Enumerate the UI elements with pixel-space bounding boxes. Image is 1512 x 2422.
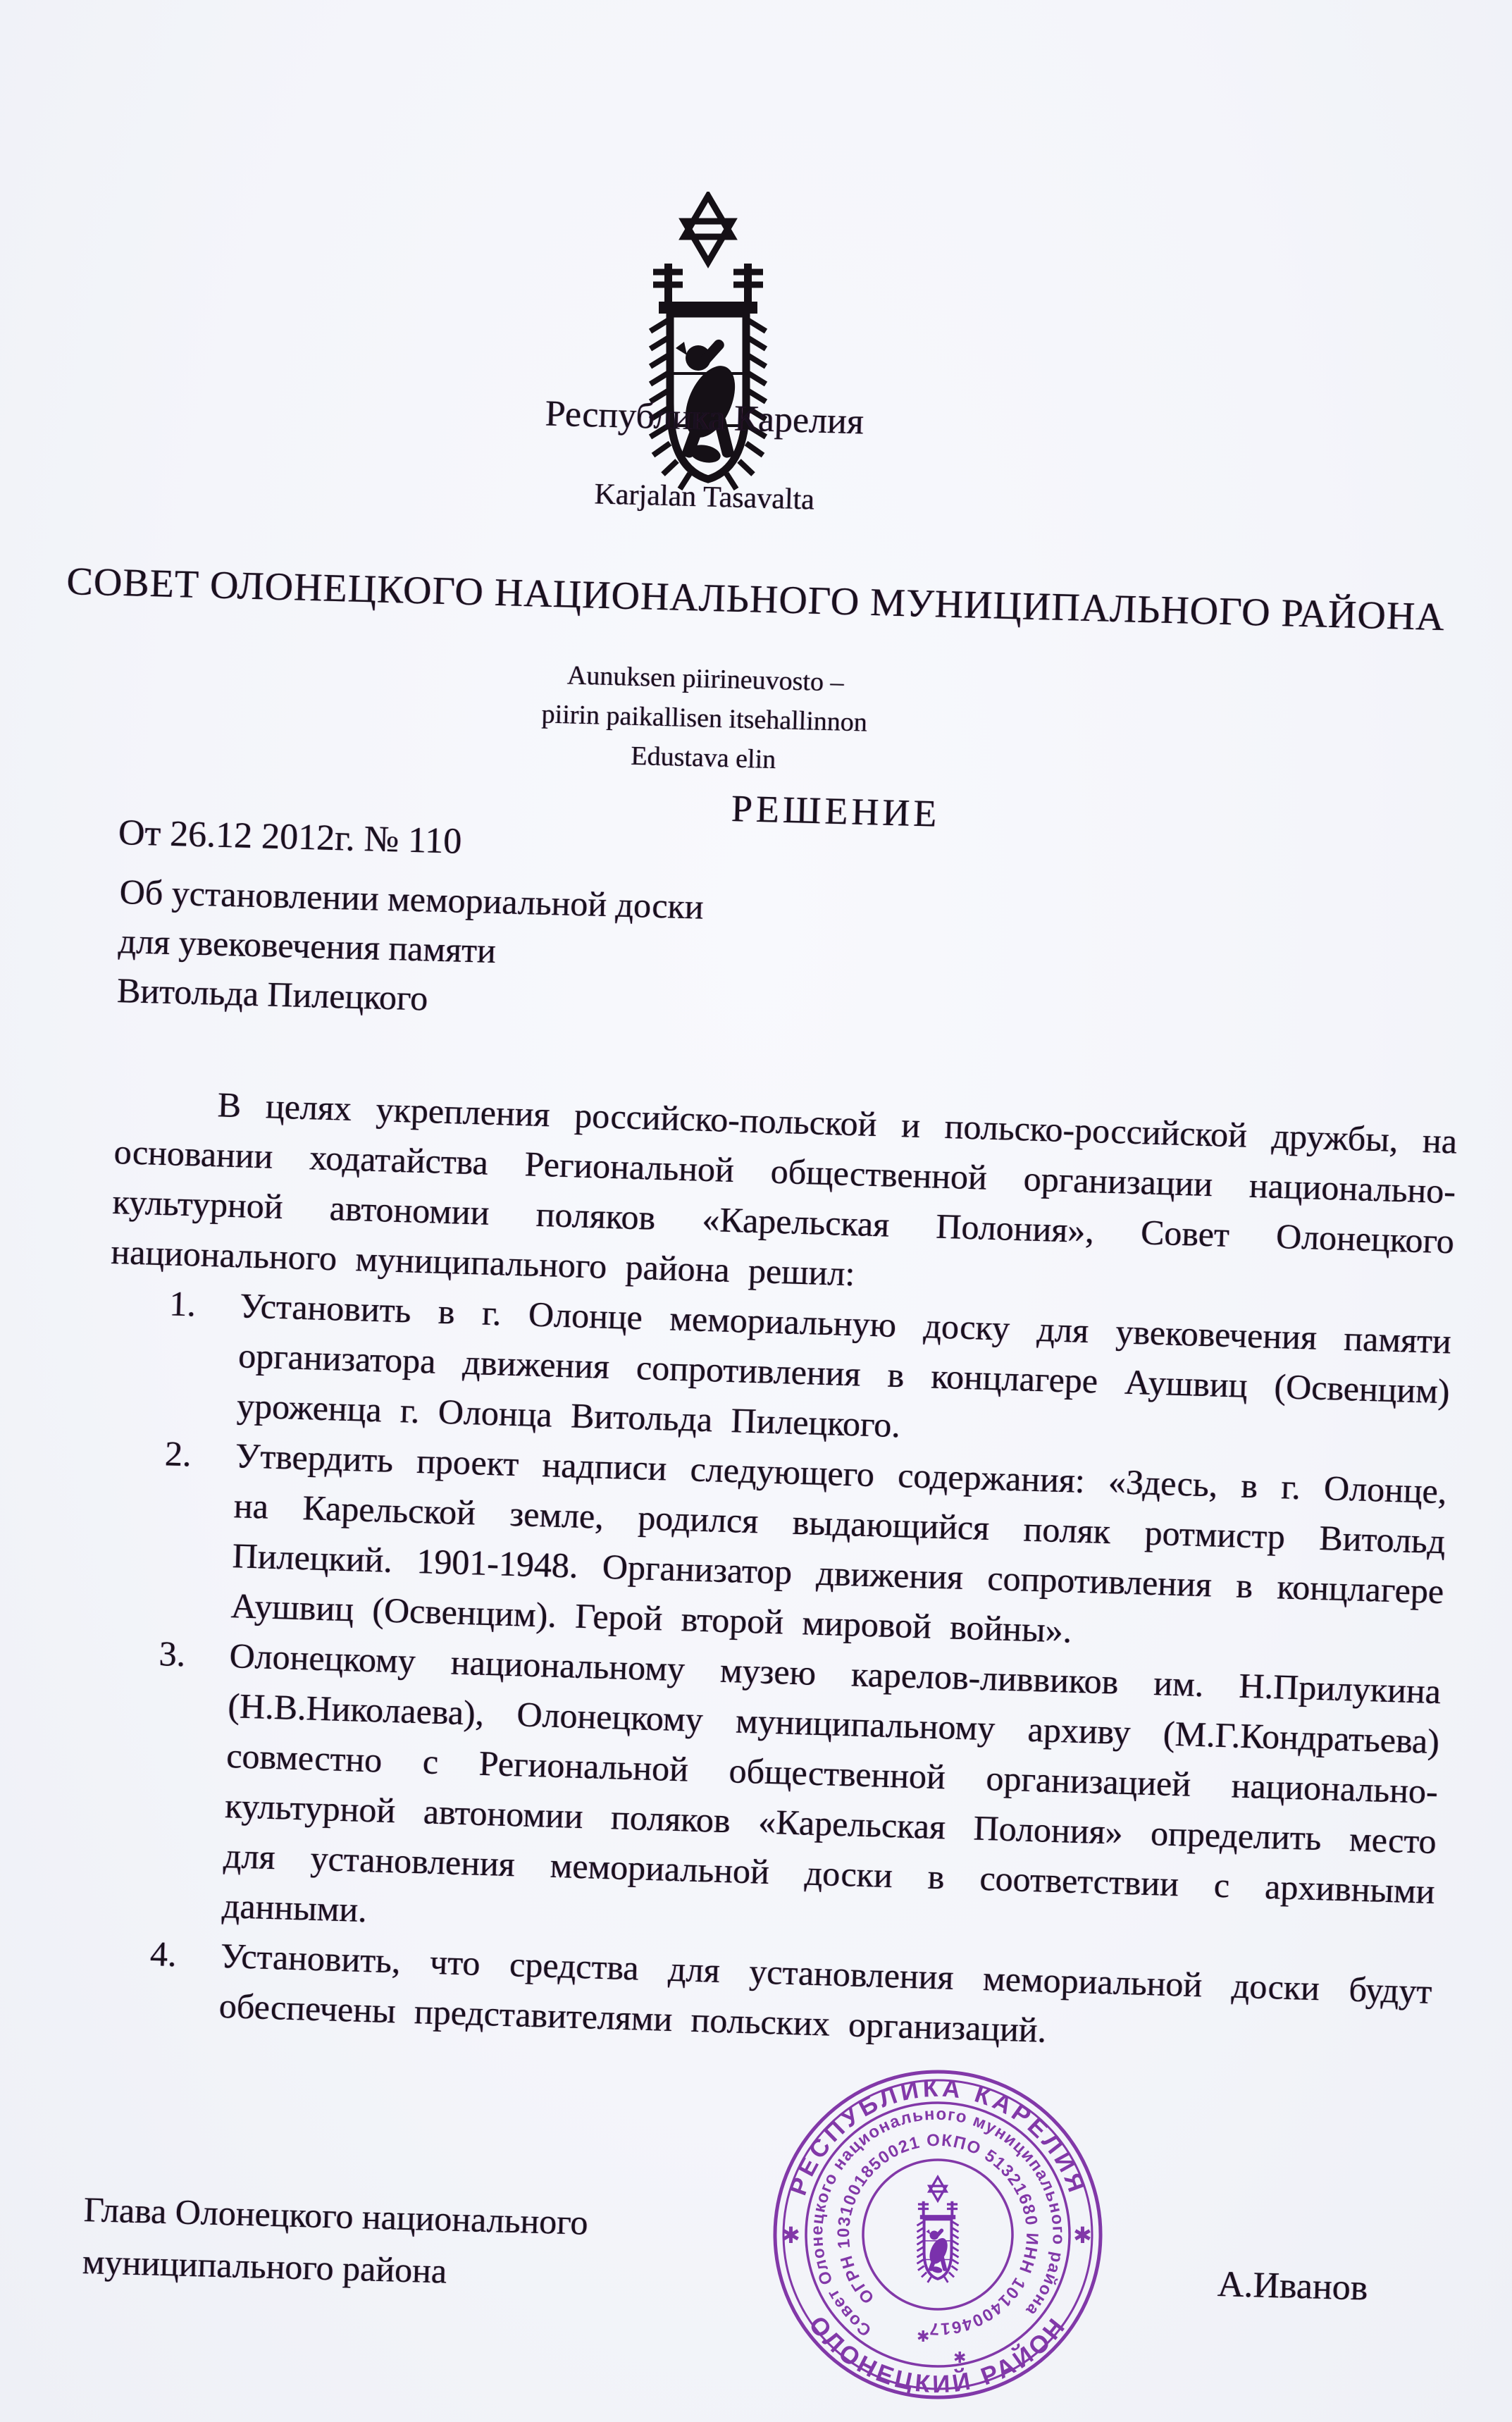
list-item-4-number: 4. <box>149 1929 178 1979</box>
signature-name: А.Иванов <box>1217 2263 1368 2309</box>
decision-body: В целях укрепления российско-польской и … <box>88 1077 1458 2067</box>
stamp-separator-star-left: ✱ <box>781 2223 800 2248</box>
karelia-coat-of-arms <box>638 192 779 516</box>
list-item-3-text: Олонецкому национальному музею карелов-л… <box>221 1636 1441 1929</box>
list-item-1-number: 1. <box>168 1278 197 1329</box>
document-type-title: РЕШЕНИЕ <box>731 786 941 836</box>
list-item-2-text: Утвердить проект надписи следующего соде… <box>230 1435 1447 1650</box>
stamp-center-coat-of-arms <box>917 2177 958 2282</box>
stamp-separator-star-right: ✱ <box>1073 2223 1092 2248</box>
stamp-separator-star-inner1: ✱ <box>917 2328 929 2345</box>
stamp-separator-star-inner2: ✱ <box>953 2349 966 2366</box>
council-title: СОВЕТ ОЛОНЕЦКОГО НАЦИОНАЛЬНОГО МУНИЦИПАЛ… <box>40 558 1471 641</box>
list-item-2: 2. Утвердить проект надписи следующего с… <box>100 1427 1448 1667</box>
list-item-3: 3. Олонецкому национальному музею карело… <box>91 1627 1442 1967</box>
council-subtitle-fi: Aunuksen piirineuvosto – piirin paikalli… <box>287 648 1122 789</box>
subject-block: Об установлении мемориальной доски для у… <box>116 867 1064 1039</box>
date-and-number: От 26.12 2012г. № 110 <box>118 812 462 863</box>
official-round-stamp: РЕСПУБЛИКА КАРЕЛИЯ ОЛОНЕЦКИЙ РАЙОН Совет… <box>765 2062 1110 2407</box>
list-item-2-number: 2. <box>164 1428 192 1479</box>
signature-role: Глава Олонецкого национального муниципал… <box>82 2183 761 2305</box>
document-page: Республика Карелия Karjalan Tasavalta СО… <box>0 0 1512 2422</box>
preamble-paragraph: В целях укрепления российско-польской и … <box>111 1077 1458 1316</box>
list-item-3-number: 3. <box>159 1629 187 1679</box>
